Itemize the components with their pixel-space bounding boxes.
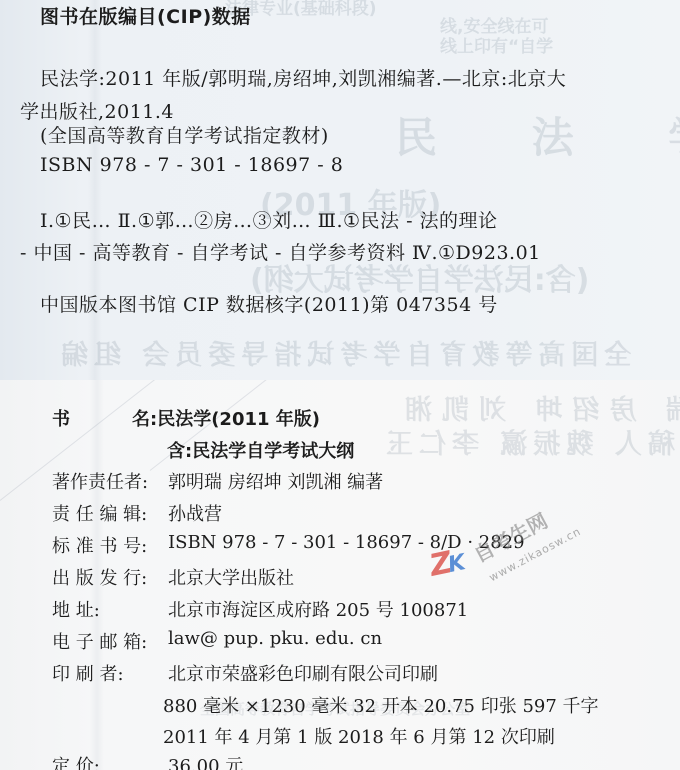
colophon-label-publisher: 出 版 发 行:	[52, 564, 147, 590]
colophon-value-title: 名:民法学(2011 年版)	[132, 405, 320, 431]
bleed-through-reviewer: 审稿人 魏振瀛 李仁玉	[380, 422, 680, 461]
cip-heading: 图书在版编目(CIP)数据	[40, 2, 251, 29]
colophon-value-email: law@ pup. pku. edu. cn	[168, 628, 382, 649]
colophon-label-editor: 责 任 编 辑:	[52, 500, 147, 526]
colophon-value-publisher: 北京大学出版社	[168, 564, 294, 590]
colophon-value-address: 北京市海淀区成府路 205 号 100871	[168, 596, 468, 622]
colophon-value-author: 郭明瑞 房绍坤 刘凯湘 编著	[168, 468, 383, 494]
cip-classification: Ⅰ.①民… Ⅱ.①郭…②房…③刘… Ⅲ.①民法 - 法的理论	[40, 206, 498, 233]
cip-section: 法律专业(基础科段) 线,安全线在可 线上印有“自学 民 法 学 (2011 年…	[0, 0, 680, 380]
colophon-label-price: 定 价:	[52, 752, 100, 770]
colophon-label-author: 著作责任者:	[52, 468, 148, 494]
colophon-label-address: 地 址:	[52, 596, 100, 622]
colophon-label-title: 书	[52, 405, 112, 431]
page-fold-shadow	[88, 0, 102, 380]
cip-isbn: ISBN 978 - 7 - 301 - 18697 - 8	[40, 154, 343, 176]
colophon-label-isbn: 标 准 书 号:	[52, 532, 147, 558]
colophon-value-editor: 孙战营	[168, 500, 222, 526]
zk-logo-icon: ZK	[427, 543, 464, 584]
colophon-format-specs: 880 毫米 ×1230 毫米 32 开本 20.75 印张 597 千字	[163, 692, 599, 718]
colophon-value-price: 36.00 元	[168, 752, 243, 770]
site-watermark: 自考生网 www.zikaosw.cn ZK	[430, 500, 590, 580]
cip-series: (全国高等教育自学考试指定教材)	[40, 121, 329, 148]
cip-title-line-cont: 学出版社,2011.4	[20, 97, 174, 124]
colophon-edition-printing: 2011 年 4 月第 1 版 2018 年 6 月第 12 次印刷	[163, 723, 555, 749]
bleed-through-text: 线上印有“自学	[440, 32, 553, 57]
colophon-value-printer: 北京市荣盛彩色印刷有限公司印刷	[168, 660, 438, 686]
colophon-label-printer: 印 刷 者:	[52, 660, 124, 686]
cip-approval-number: 中国版本图书馆 CIP 数据核字(2011)第 047354 号	[40, 290, 498, 317]
colophon-label-email: 电 子 邮 箱:	[52, 628, 147, 654]
bleed-through-title: 民 法 学	[395, 105, 680, 165]
bleed-through-committee: 全国高等教育自学考试指导委员会 组编	[55, 333, 631, 372]
cip-classification-cont: - 中国 - 高等教育 - 自学考试 - 自学参考资料 Ⅳ.①D923.01	[20, 238, 541, 265]
colophon-value-subtitle: 含:民法学自学考试大纲	[167, 437, 354, 463]
cip-title-line: 民法学:2011 年版/郭明瑞,房绍坤,刘凯湘编著.—北京:北京大	[40, 64, 566, 91]
